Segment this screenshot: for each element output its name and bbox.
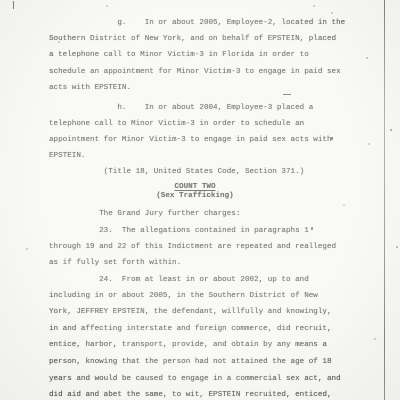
scan-stray-mark [311,227,313,230]
document-line: did aid and abet the same, to wit, EPSTE… [49,392,332,400]
paragraph-g-line: g. In or about 2005, Employee-2, located… [49,20,345,28]
scan-speck [313,5,315,7]
document-line: EPSTEIN. [49,153,85,161]
document-line: acts with EPSTEIN. [49,85,131,93]
scan-speck [26,248,28,250]
document-line: appointment for Minor Victim-3 to engage… [49,137,332,145]
document-line: in and affecting interstate and foreign … [49,326,332,334]
scan-speck [106,5,108,7]
paragraph-24-line: 24. From at least in or about 2002, up t… [49,277,309,285]
document-line: York, JEFFREY EPSTEIN, the defendant, wi… [49,309,332,317]
document-line: schedule an appointment for Minor Victim… [49,69,341,77]
scan-speck [343,204,345,206]
scan-corner-mark [13,1,14,9]
document-line: Southern District of New York, and on be… [49,36,336,44]
paragraph-h-line: h. In or about 2004, Employee-3 placed a [49,105,313,113]
scan-speck [331,12,333,14]
document-page: g. In or about 2005, Employee-2, located… [0,0,400,400]
document-line: a telephone call to Minor Victim-3 in Fl… [49,52,309,60]
paragraph-23-line: 23. The allegations contained in paragra… [49,228,309,236]
scan-speck [368,143,370,145]
scan-speck [374,338,376,340]
scan-speck [366,57,368,59]
sex-trafficking-subheading: (Sex Trafficking) [49,193,341,201]
document-line: including in or about 2005, in the South… [49,293,318,301]
document-line: telephone call to Minor Victim-3 in orde… [49,121,304,129]
scan-page-edge-line [384,0,385,400]
document-line: entice, harbor, transport, provide, and … [49,342,327,350]
scan-speck [396,246,398,248]
grand-jury-charges-line: The Grand Jury further charges: [49,211,240,219]
statute-citation: (Title 18, United States Code, Section 3… [49,169,304,177]
scan-stray-dash [283,94,291,95]
document-line: through 19 and 22 of this Indictment are… [49,244,336,252]
document-line: years and would be caused to engage in a… [49,376,341,384]
count-two-heading: COUNT TWO [49,184,341,192]
document-line: person, knowing that the person had not … [49,359,332,367]
document-line: as if fully set forth within. [49,260,181,268]
scan-speck [390,129,392,131]
